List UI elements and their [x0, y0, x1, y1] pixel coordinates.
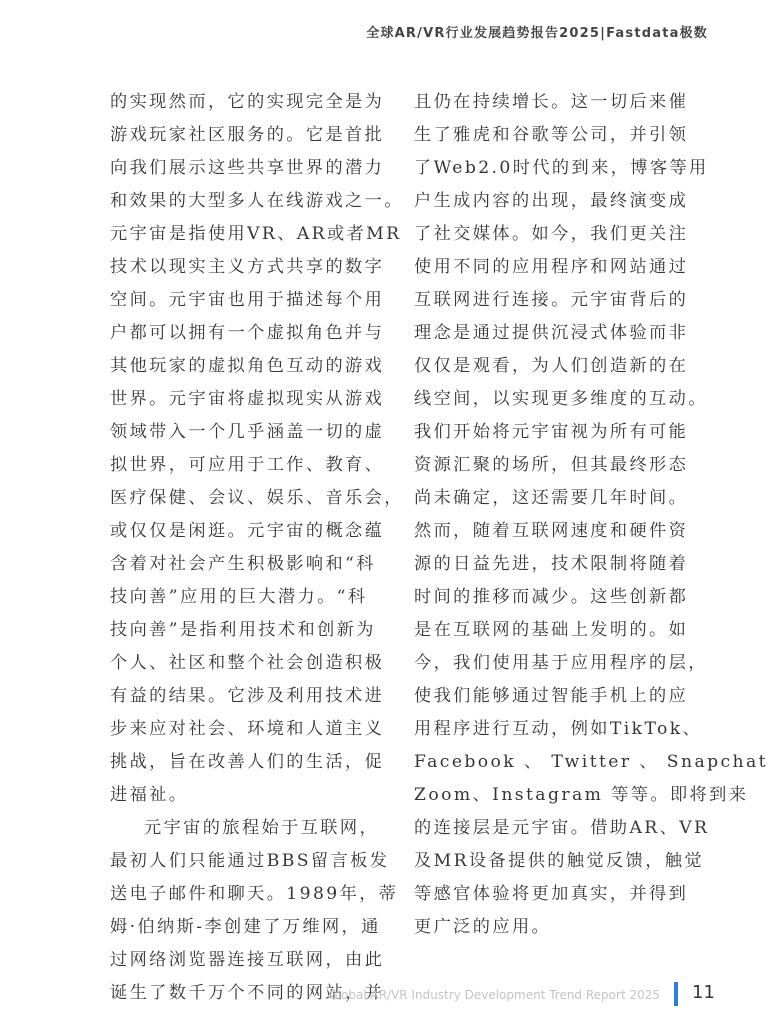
text-line: 且仍在持续增长。这一切后来催 — [414, 86, 704, 119]
text-line: 今，我们使用基于应用程序的层， — [414, 647, 704, 680]
text-line: 理念是通过提供沉浸式体验而非 — [414, 317, 704, 350]
text-line: 户都可以拥有一个虚拟角色并与 — [110, 317, 400, 350]
text-line: 使用不同的应用程序和网站通过 — [414, 251, 704, 284]
text-line: 技术以现实主义方式共享的数字 — [110, 251, 400, 284]
text-line: 其他玩家的虚拟角色互动的游戏 — [110, 350, 400, 383]
text-line: 生了雅虎和谷歌等公司，并引领 — [414, 119, 704, 152]
right-text-column: 且仍在持续增长。这一切后来催 生了雅虎和谷歌等公司，并引领 了Web2.0时代的… — [414, 86, 704, 944]
text-line: 线空间，以实现更多维度的互动。 — [414, 383, 704, 416]
text-line: 有益的结果。它涉及利用技术进 — [110, 680, 400, 713]
text-line: 技向善”是指利用技术和创新为 — [110, 614, 400, 647]
text-line: Zoom、Instagram 等等。即将到来 — [414, 779, 704, 812]
text-line: 个人、社区和整个社会创造积极 — [110, 647, 400, 680]
text-line: 医疗保健、会议、娱乐、音乐会， — [110, 482, 400, 515]
text-line: 过网络浏览器连接互联网，由此 — [110, 944, 400, 977]
text-line: 了社交媒体。如今，我们更关注 — [414, 218, 704, 251]
text-line: 世界。元宇宙将虚拟现实从游戏 — [110, 383, 400, 416]
text-line: 向我们展示这些共享世界的潜力 — [110, 152, 400, 185]
text-line: 进福祉。 — [110, 779, 400, 812]
text-line: 含着对社会产生积极影响和“科 — [110, 548, 400, 581]
running-header: 全球AR/VR行业发展趋势报告2025|Fastdata极数 — [366, 22, 708, 41]
text-line: Facebook 、 Twitter 、 Snapchat 、 — [414, 746, 704, 779]
text-line: 仅仅是观看，为人们创造新的在 — [414, 350, 704, 383]
text-line: 是在互联网的基础上发明的。如 — [414, 614, 704, 647]
footer-accent-bar — [674, 982, 678, 1006]
text-line: 等感官体验将更加真实，并得到 — [414, 878, 704, 911]
text-line: 资源汇聚的场所，但其最终形态 — [414, 449, 704, 482]
text-line: 源的日益先进，技术限制将随着 — [414, 548, 704, 581]
text-line: 更广泛的应用。 — [414, 911, 704, 944]
text-line: 的连接层是元宇宙。借助AR、VR — [414, 812, 704, 845]
text-line: 互联网进行连接。元宇宙背后的 — [414, 284, 704, 317]
text-line: 拟世界，可应用于工作、教育、 — [110, 449, 400, 482]
text-line: 然而，随着互联网速度和硬件资 — [414, 515, 704, 548]
footer-report-title: Global AR/VR Industry Development Trend … — [328, 988, 660, 1002]
text-line: 领域带入一个几乎涵盖一切的虚 — [110, 416, 400, 449]
text-line: 空间。元宇宙也用于描述每个用 — [110, 284, 400, 317]
text-line: 使我们能够通过智能手机上的应 — [414, 680, 704, 713]
text-line: 户生成内容的出现，最终演变成 — [414, 185, 704, 218]
text-line: 我们开始将元宇宙视为所有可能 — [414, 416, 704, 449]
page-number: 11 — [692, 982, 715, 1003]
text-line: 最初人们只能通过BBS留言板发 — [110, 845, 400, 878]
paragraph-start-line: 元宇宙的旅程始于互联网， — [110, 812, 400, 845]
text-line: 技向善”应用的巨大潜力。“科 — [110, 581, 400, 614]
text-line: 时间的推移而减少。这些创新都 — [414, 581, 704, 614]
text-line: 尚未确定，这还需要几年时间。 — [414, 482, 704, 515]
page-footer: Global AR/VR Industry Development Trend … — [0, 980, 768, 1010]
text-line: 及MR设备提供的触觉反馈，触觉 — [414, 845, 704, 878]
left-text-column: 的实现然而，它的实现完全是为 游戏玩家社区服务的。它是首批 向我们展示这些共享世… — [110, 86, 400, 1010]
text-line: 的实现然而，它的实现完全是为 — [110, 86, 400, 119]
text-line: 挑战，旨在改善人们的生活，促 — [110, 746, 400, 779]
text-line: 用程序进行互动，例如TikTok、 — [414, 713, 704, 746]
text-line: 游戏玩家社区服务的。它是首批 — [110, 119, 400, 152]
text-line: 和效果的大型多人在线游戏之一。 — [110, 185, 400, 218]
text-line: 了Web2.0时代的到来，博客等用 — [414, 152, 704, 185]
text-line: 送电子邮件和聊天。1989年，蒂 — [110, 878, 400, 911]
text-line: 元宇宙是指使用VR、AR或者MR — [110, 218, 400, 251]
text-line: 步来应对社会、环境和人道主义 — [110, 713, 400, 746]
text-line: 或仅仅是闲逛。元宇宙的概念蕴 — [110, 515, 400, 548]
text-line: 姆·伯纳斯-李创建了万维网，通 — [110, 911, 400, 944]
